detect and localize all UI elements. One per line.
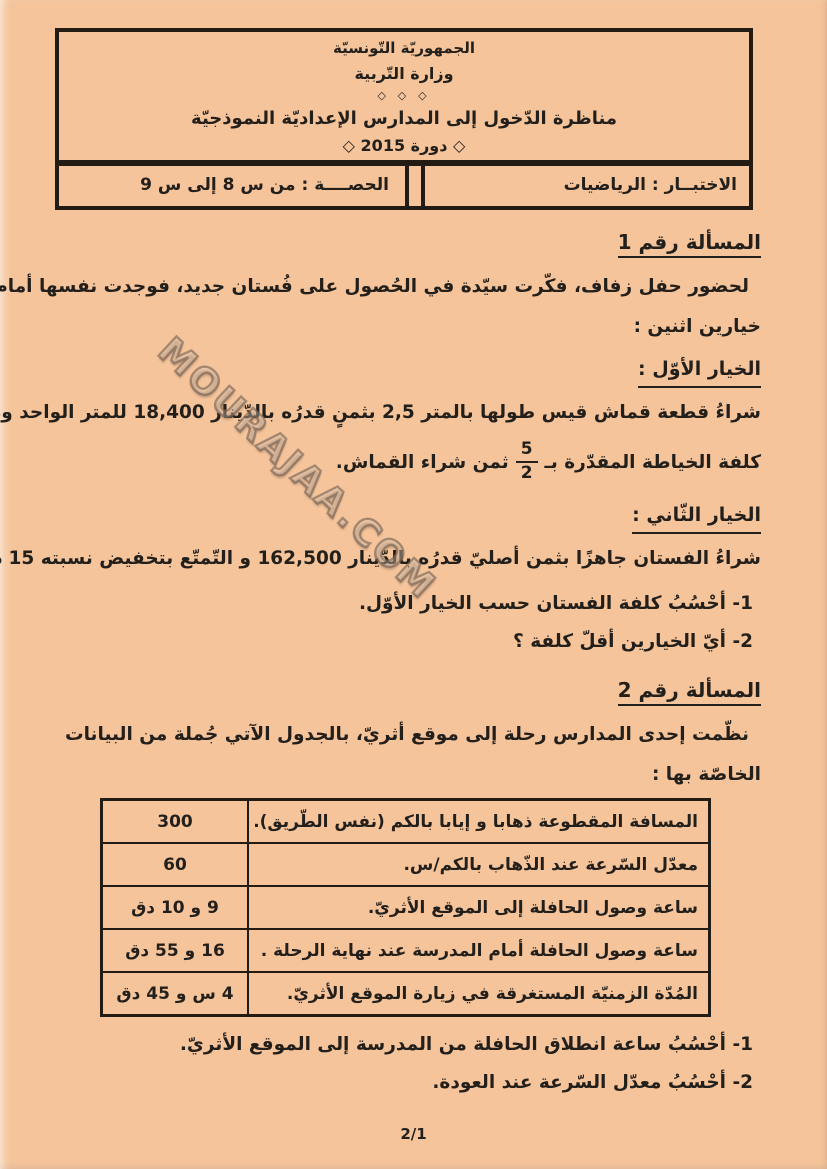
problem2-intro-line1: نظّمت إحدى المدارس رحلة إلى موقع أثريّ، … (66, 718, 761, 752)
table-row: ساعة وصول الحافلة أمام المدرسة عند نهاية… (102, 929, 710, 972)
option2-line: شراءُ الفستان جاهزًا بثمن أصليّ قدرُه با… (66, 542, 761, 576)
option1-title: الخيار الأوّل : (638, 354, 761, 388)
problem2-question2: 2- أحْسُبُ معدّل السّرعة عند العودة. (66, 1067, 761, 1099)
row-label: المُدّة الزمنيّة المستغرقة في زيارة المو… (248, 972, 710, 1016)
diamond-separator-icon: ◇ ◇ ◇ (377, 89, 430, 102)
page-number: 2/1 (66, 1125, 761, 1143)
problem1-question1: 1- أحْسُبُ كلفة الفستان حسب الخيار الأوّ… (66, 588, 761, 620)
table-row: المسافة المقطوعة ذهابا و إيابا بالكم (نف… (102, 800, 710, 844)
problem2-question1: 1- أحْسُبُ ساعة انطلاق الحافلة من المدرس… (66, 1029, 761, 1061)
option1-line1: شراءُ قطعة قماش قيس طولها بالمتر 2,5 بثم… (66, 396, 761, 430)
ministry-title: وزارة التّربية (354, 64, 453, 83)
fraction-five-over-two: 5 2 (516, 441, 538, 483)
row-value: 300 (102, 800, 249, 844)
problem1-question2: 2- أيّ الخيارين أقلّ كلفة ؟ (66, 626, 761, 658)
row-value: 9 و 10 دق (102, 886, 249, 929)
trip-data-table: المسافة المقطوعة ذهابا و إيابا بالكم (نف… (100, 798, 711, 1017)
row-label: المسافة المقطوعة ذهابا و إيابا بالكم (نف… (248, 800, 710, 844)
row-label: ساعة وصول الحافلة أمام المدرسة عند نهاية… (248, 929, 710, 972)
row-label: ساعة وصول الحافلة إلى الموقع الأثريّ. (248, 886, 710, 929)
table-row: ساعة وصول الحافلة إلى الموقع الأثريّ. 9 … (102, 886, 710, 929)
cell-divider (405, 164, 425, 206)
option2-heading: الخيار الثّاني : (66, 500, 761, 534)
exam-time-cell: الحصــــة : من س 8 إلى س 9 (59, 164, 405, 206)
fraction-numerator: 5 (516, 441, 538, 463)
exam-body: المسألة رقم 1 لحضور حفل زفاف، فكّرت سيّد… (0, 210, 827, 1143)
exam-header-box: الجمهوريّة التّونسيّة وزارة التّربية ◇ ◇… (55, 28, 753, 166)
row-value: 16 و 55 دق (102, 929, 249, 972)
problem2-intro-line2: الخاصّة بها : (66, 760, 761, 790)
problem2-heading: المسألة رقم 2 (66, 678, 761, 706)
exam-paper-page: الجمهوريّة التّونسيّة وزارة التّربية ◇ ◇… (0, 0, 827, 1169)
row-label: معدّل السّرعة عند الذّهاب بالكم/س. (248, 843, 710, 886)
option1-line2-post: ثمن شراء القماش. (336, 452, 509, 473)
problem1-intro-line2: خيارين اثنين : (66, 312, 761, 342)
contest-title: مناظرة الدّخول إلى المدارس الإعداديّة ال… (191, 108, 617, 129)
row-value: 4 س و 45 دق (102, 972, 249, 1016)
option1-line2: كلفة الخياطة المقدّرة بـ 5 2 ثمن شراء ال… (66, 436, 761, 488)
problem1-title: المسألة رقم 1 (618, 230, 761, 258)
option2-title: الخيار الثّاني : (632, 500, 761, 534)
exam-subject-cell: الاختبــار : الرياضيات (425, 164, 749, 206)
table-row: المُدّة الزمنيّة المستغرقة في زيارة المو… (102, 972, 710, 1016)
row-value: 60 (102, 843, 249, 886)
option1-line2-pre: كلفة الخياطة المقدّرة بـ (545, 452, 761, 473)
exam-info-row: الاختبــار : الرياضيات الحصــــة : من س … (55, 160, 753, 210)
republic-title: الجمهوريّة التّونسيّة (333, 39, 475, 57)
option1-heading: الخيار الأوّل : (66, 354, 761, 388)
session-year: ◇ دورة 2015 ◇ (343, 136, 466, 155)
problem2-title: المسألة رقم 2 (618, 678, 761, 706)
problem1-intro-line1: لحضور حفل زفاف، فكّرت سيّدة في الحُصول ع… (66, 270, 761, 304)
table-row: معدّل السّرعة عند الذّهاب بالكم/س. 60 (102, 843, 710, 886)
fraction-denominator: 2 (521, 463, 533, 483)
problem1-heading: المسألة رقم 1 (66, 230, 761, 258)
